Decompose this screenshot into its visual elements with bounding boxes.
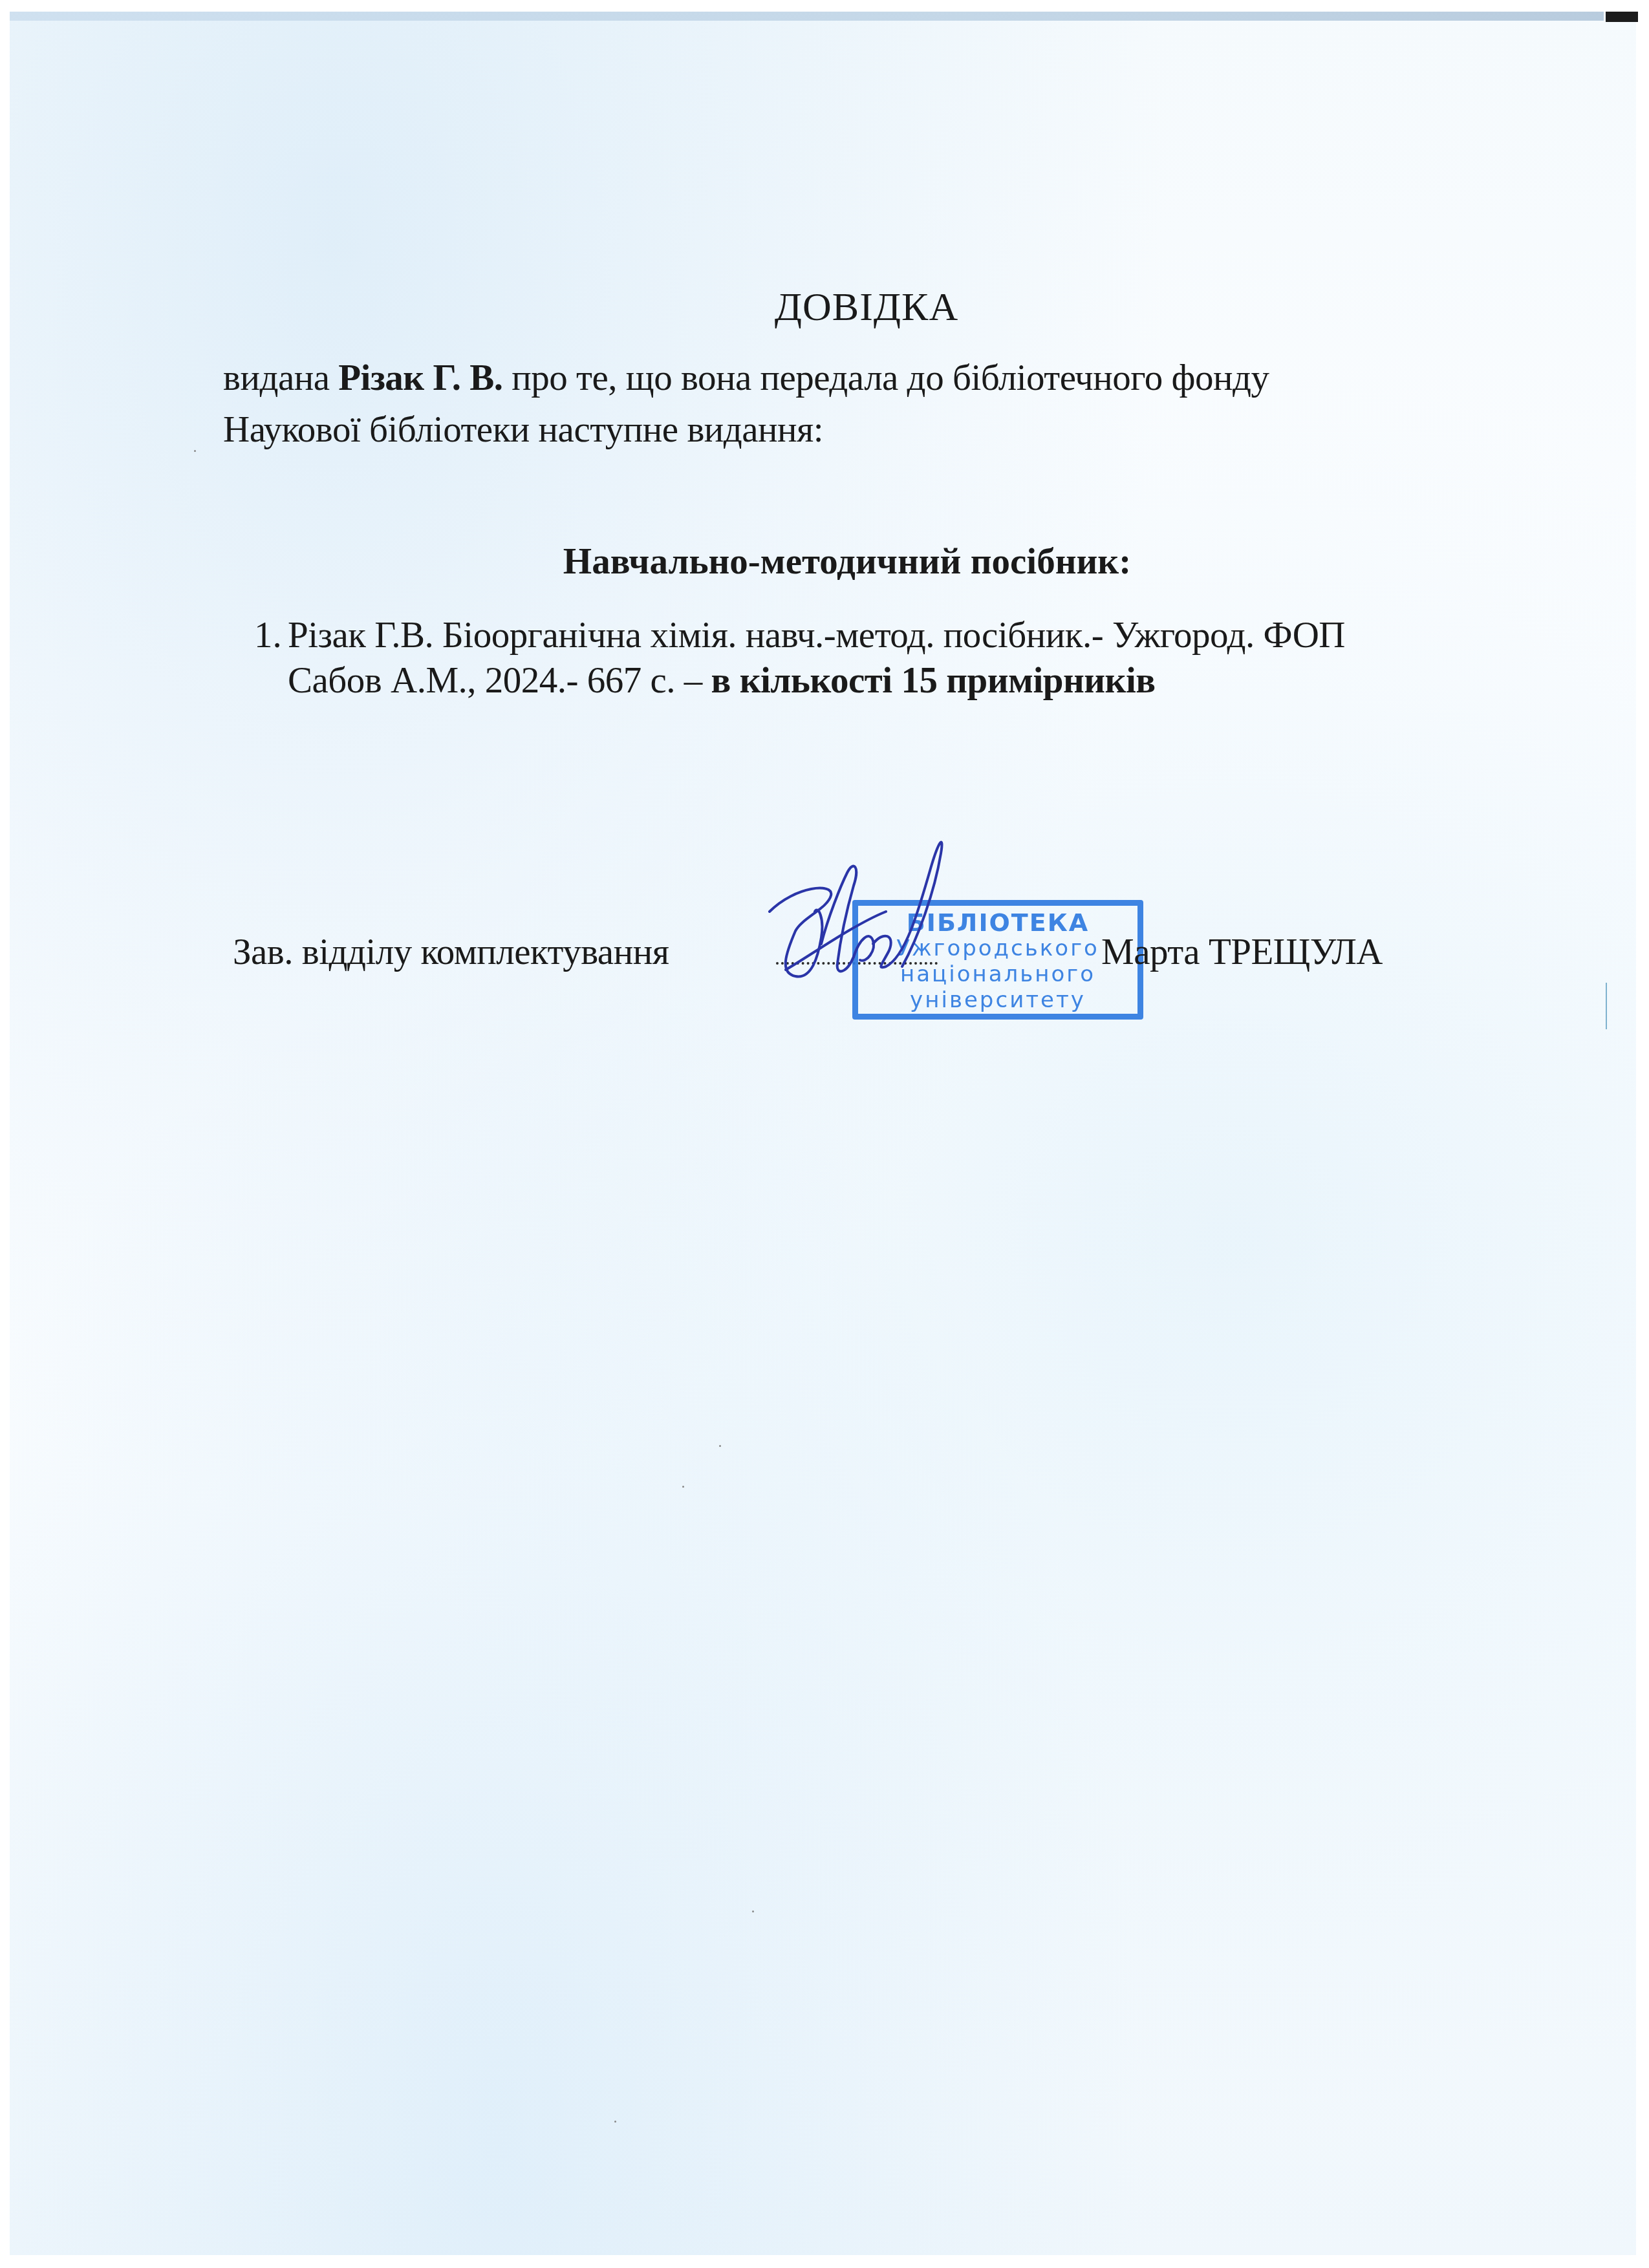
dust-speck xyxy=(682,1486,684,1488)
dust-speck xyxy=(194,450,196,452)
list-item-citation-end: Сабов А.М., 2024.- 667 с. – xyxy=(288,660,711,701)
intro-prefix: видана xyxy=(223,358,338,398)
dust-speck xyxy=(752,1910,754,1912)
intro-line-2: Наукової бібліотеки наступне видання: xyxy=(223,409,823,451)
intro-line-1: видана Різак Г. В. про те, що вона перед… xyxy=(223,357,1269,399)
handwritten-signature xyxy=(757,834,964,996)
scan-edge-mark xyxy=(1606,983,1607,1029)
list-item-line-1: Різак Г.В. Біоорганічна хімія. навч.-мет… xyxy=(288,614,1345,656)
document-title: ДОВІДКА xyxy=(0,284,1649,330)
scan-corner-artifact xyxy=(1606,12,1638,22)
list-item-number: 1. xyxy=(254,614,282,656)
recipient-name: Різак Г. В. xyxy=(338,358,502,398)
signatory-name: Марта ТРЕЩУЛА xyxy=(1101,931,1383,973)
list-item-line-2: Сабов А.М., 2024.- 667 с. – в кількості … xyxy=(288,659,1156,701)
section-heading: Навчально-методичний посібник: xyxy=(0,540,1649,583)
dust-speck xyxy=(719,1445,721,1447)
copies-count: в кількості 15 примірників xyxy=(711,660,1156,701)
signatory-position: Зав. відділу комплектування xyxy=(233,931,669,973)
dust-speck xyxy=(614,2121,616,2123)
scan-top-shadow xyxy=(10,12,1604,21)
intro-suffix: про те, що вона передала до бібліотечног… xyxy=(503,358,1269,398)
scanned-paper-background xyxy=(10,12,1636,2255)
